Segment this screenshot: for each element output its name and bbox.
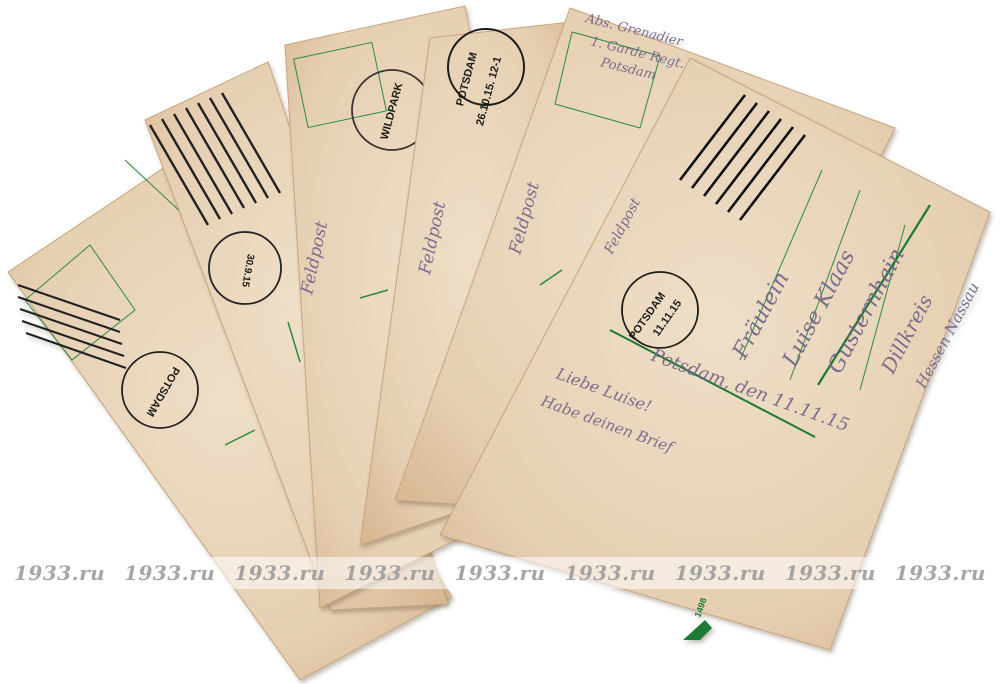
- watermark-text: 1933.ru: [564, 561, 655, 585]
- watermark-text: 1933.ru: [895, 561, 986, 585]
- watermark-text: 1933.ru: [675, 561, 766, 585]
- watermark-text: 1933.ru: [14, 561, 105, 585]
- watermark-text: 1933.ru: [785, 561, 876, 585]
- watermark-text: 1933.ru: [234, 561, 325, 585]
- watermark-text: 1933.ru: [454, 561, 545, 585]
- publisher-logo-icon: [683, 620, 712, 640]
- watermark-strip: 1933.ru 1933.ru 1933.ru 1933.ru 1933.ru …: [0, 557, 1000, 589]
- watermark-text: 1933.ru: [124, 561, 215, 585]
- watermark-text: 1933.ru: [344, 561, 435, 585]
